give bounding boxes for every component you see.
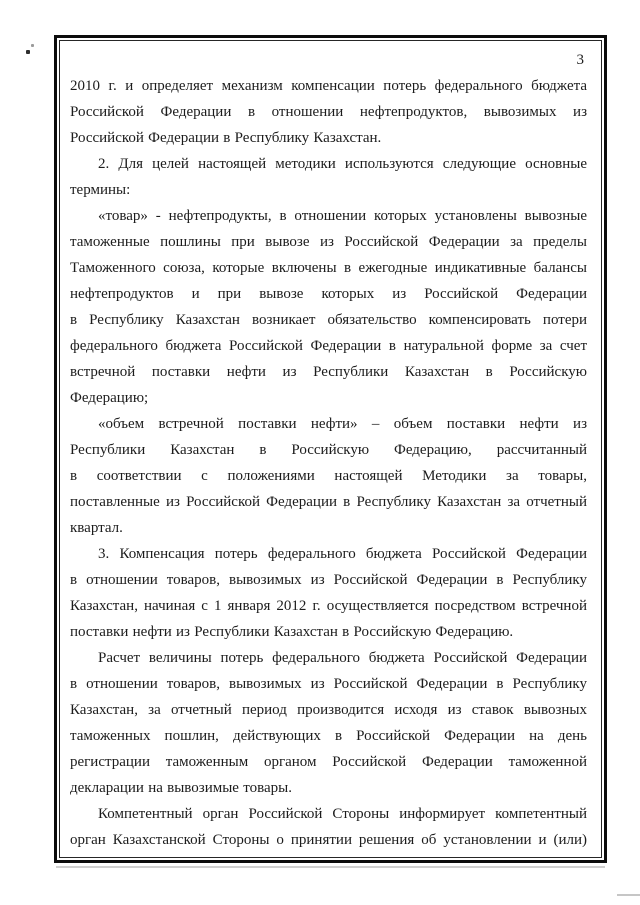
text-line: в отношении товаров, вывозимых из Россий… bbox=[70, 671, 587, 697]
text-line: Федерацию; bbox=[70, 385, 587, 411]
text-line: Казахстан, начиная с 1 января 2012 г. ос… bbox=[70, 593, 587, 619]
text-line: в соответствии с положениями настоящей М… bbox=[70, 463, 587, 489]
text-line: таможенных пошлин, действующих в Российс… bbox=[70, 723, 587, 749]
text-line: встречной поставки нефти из Республики К… bbox=[70, 359, 587, 385]
text-line: таможенные пошлины при вывозе из Российс… bbox=[70, 229, 587, 255]
scan-artifact-corner-line bbox=[617, 894, 640, 896]
page-content: 3 2010 г. и определяет механизм компенса… bbox=[70, 50, 587, 853]
text-lines: 2010 г. и определяет механизм компенсаци… bbox=[70, 73, 587, 853]
text-line: квартал. bbox=[70, 515, 587, 541]
text-line: Казахстан, за отчетный период производит… bbox=[70, 697, 587, 723]
text-line: Компетентный орган Российской Стороны ин… bbox=[70, 801, 587, 827]
text-line: Российской Федерации в Республику Казахс… bbox=[70, 125, 587, 151]
text-line: Расчет величины потерь федерального бюдж… bbox=[70, 645, 587, 671]
text-line: орган Казахстанской Стороны о принятии р… bbox=[70, 827, 587, 853]
text-line: 2010 г. и определяет механизм компенсаци… bbox=[70, 73, 587, 99]
text-line: Российской Федерации в отношении нефтепр… bbox=[70, 99, 587, 125]
page-number: 3 bbox=[70, 50, 587, 70]
text-line: регистрации таможенным органом Российско… bbox=[70, 749, 587, 775]
text-line: поставки нефти из Республики Казахстан в… bbox=[70, 619, 587, 645]
text-line: Республики Казахстан в Российскую Федера… bbox=[70, 437, 587, 463]
text-line: нефтепродуктов и при вывозе которых из Р… bbox=[70, 281, 587, 307]
text-line: декларации на вывозимые товары. bbox=[70, 775, 587, 801]
text-line: «товар» - нефтепродукты, в отношении кот… bbox=[70, 203, 587, 229]
text-line: 2. Для целей настоящей методики использу… bbox=[70, 151, 587, 177]
scan-artifact-dot bbox=[31, 44, 34, 47]
scan-artifact-dot bbox=[26, 50, 30, 54]
text-line: в отношении товаров, вывозимых из Россий… bbox=[70, 567, 587, 593]
text-line: федерального бюджета Российской Федераци… bbox=[70, 333, 587, 359]
text-line: Таможенного союза, которые включены в еж… bbox=[70, 255, 587, 281]
text-line: 3. Компенсация потерь федерального бюдже… bbox=[70, 541, 587, 567]
scan-artifact-bottom-shadow bbox=[56, 866, 605, 868]
text-line: термины: bbox=[70, 177, 587, 203]
text-line: поставленные из Российской Федерации в Р… bbox=[70, 489, 587, 515]
scanned-page: 3 2010 г. и определяет механизм компенса… bbox=[0, 0, 640, 905]
text-line: «объем встречной поставки нефти» – объем… bbox=[70, 411, 587, 437]
text-line: в Республику Казахстан возникает обязате… bbox=[70, 307, 587, 333]
